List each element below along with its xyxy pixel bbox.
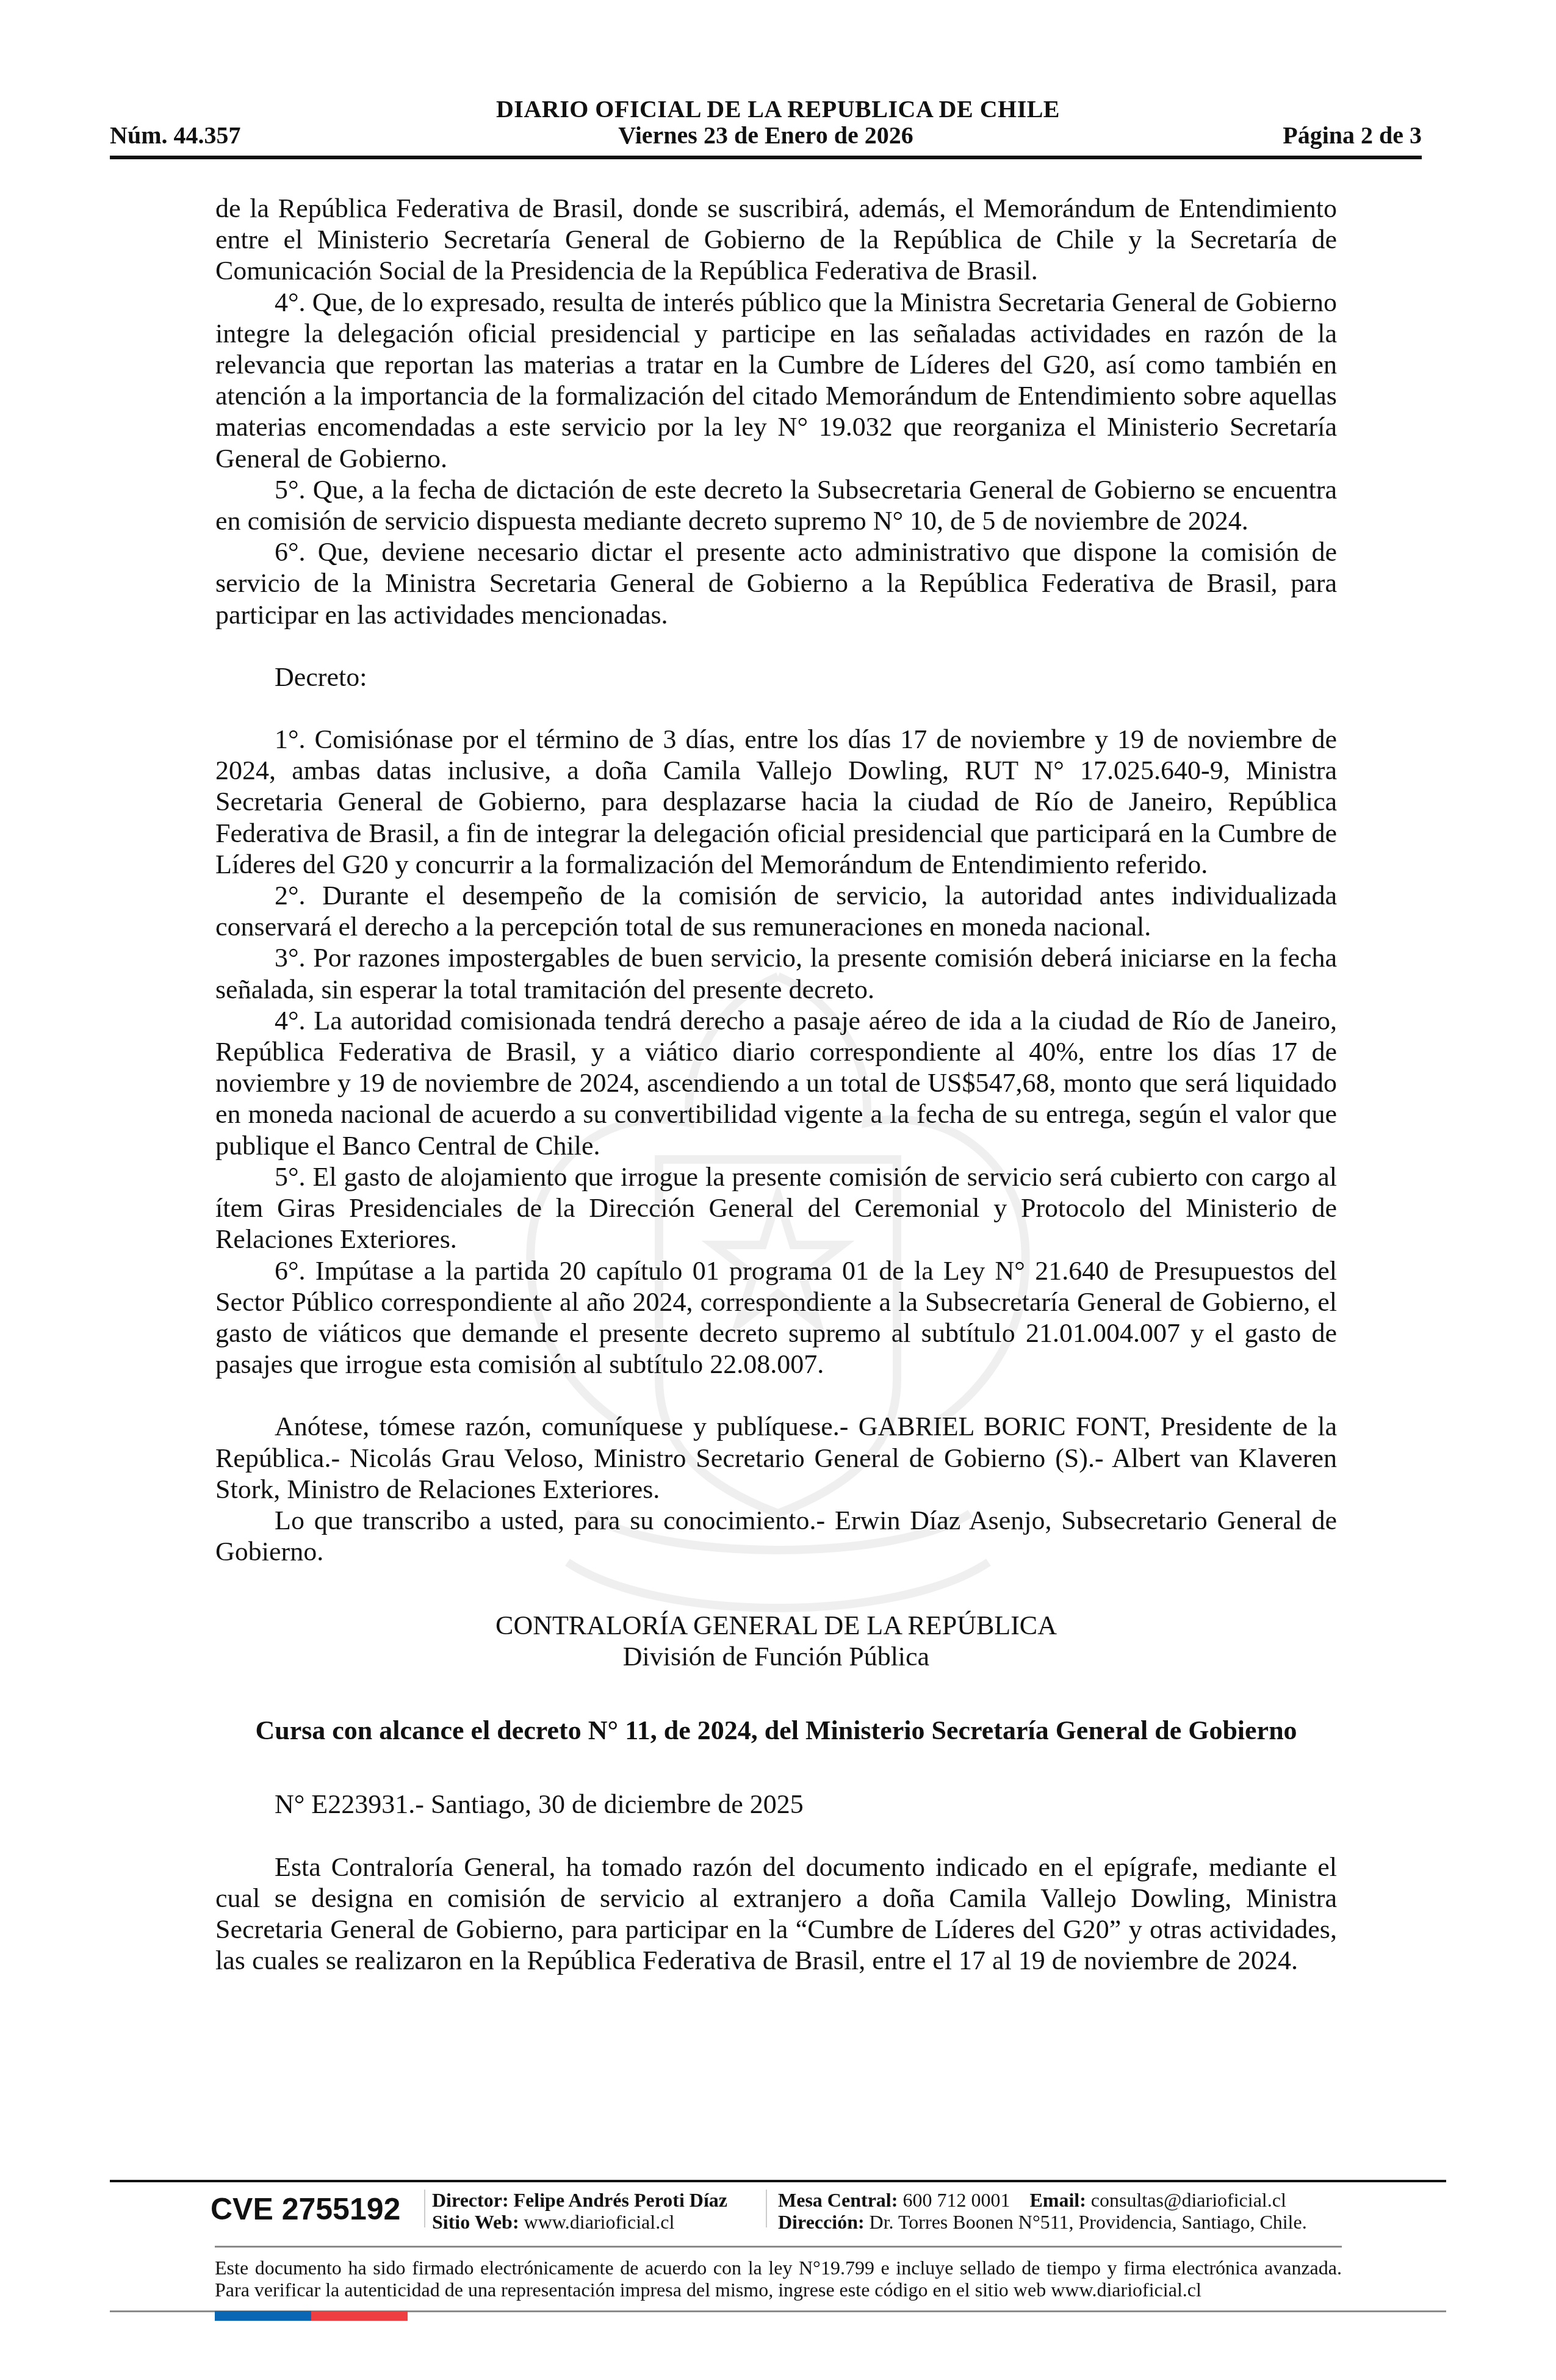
transcription-note: Lo que transcribo a usted, para su conoc… xyxy=(215,1505,1337,1567)
contraloria-division: División de Función Pública xyxy=(215,1641,1337,1672)
director-label: Director: xyxy=(432,2189,509,2211)
footer-divider xyxy=(110,2180,1446,2182)
spacer xyxy=(215,1672,1337,1715)
article-6: 6°. Impútase a la partida 20 capítulo 01… xyxy=(215,1255,1337,1380)
contraloria-body: Esta Contraloría General, ha tomado razó… xyxy=(215,1852,1337,1977)
document-body: de la República Federativa de Brasil, do… xyxy=(215,193,1337,1976)
article-2: 2°. Durante el desempeño de la comisión … xyxy=(215,880,1337,942)
spacer xyxy=(215,1820,1337,1852)
footer-separator xyxy=(766,2190,767,2227)
decreto-label: Decreto: xyxy=(215,662,1337,693)
website-label: Sitio Web: xyxy=(432,2211,519,2233)
phone-label: Mesa Central: xyxy=(778,2189,898,2211)
phone-number: 600 712 0001 xyxy=(902,2189,1010,2211)
article-1: 1°. Comisiónase por el término de 3 días… xyxy=(215,724,1337,880)
issue-date: Viernes 23 de Enero de 2026 xyxy=(110,121,1422,150)
footer-contact-column: Mesa Central: 600 712 0001 Email: consul… xyxy=(778,2189,1307,2233)
footer-divider xyxy=(215,2246,1342,2248)
flag-stripe-blue xyxy=(215,2311,311,2321)
article-3: 3°. Por razones impostergables de buen s… xyxy=(215,942,1337,1004)
header-row: Núm. 44.357 Viernes 23 de Enero de 2026 … xyxy=(110,121,1422,151)
spacer xyxy=(215,1567,1337,1610)
closing-signatures: Anótese, tómese razón, comuníquese y pub… xyxy=(215,1411,1337,1505)
spacer xyxy=(215,630,1337,662)
spacer xyxy=(215,1746,1337,1789)
article-4: 4°. La autoridad comisionada tendrá dere… xyxy=(215,1005,1337,1161)
email-label: Email: xyxy=(1029,2189,1086,2211)
email-link[interactable]: consultas@diarioficial.cl xyxy=(1091,2189,1286,2211)
considerando-4: 4°. Que, de lo expresado, resulta de int… xyxy=(215,287,1337,474)
newspaper-title: DIARIO OFICIAL DE LA REPUBLICA DE CHILE xyxy=(0,95,1556,123)
considerando-5: 5°. Que, a la fecha de dictación de este… xyxy=(215,474,1337,536)
website-link[interactable]: www.diarioficial.cl xyxy=(524,2211,675,2233)
address-text: Dr. Torres Boonen N°511, Providencia, Sa… xyxy=(870,2211,1307,2233)
article-5: 5°. El gasto de alojamiento que irrogue … xyxy=(215,1161,1337,1255)
contraloria-heading: Cursa con alcance el decreto N° 11, de 2… xyxy=(215,1715,1337,1746)
director-name: Felipe Andrés Peroti Díaz xyxy=(514,2189,727,2211)
flag-stripe-red xyxy=(311,2311,408,2321)
cve-code: CVE 2755192 xyxy=(211,2191,400,2227)
signature-legal-note: Este documento ha sido firmado electróni… xyxy=(215,2257,1342,2301)
paragraph-continuation: de la República Federativa de Brasil, do… xyxy=(215,193,1337,287)
spacer xyxy=(215,1380,1337,1411)
contraloria-reference: N° E223931.- Santiago, 30 de diciembre d… xyxy=(215,1789,1337,1820)
considerando-6: 6°. Que, deviene necesario dictar el pre… xyxy=(215,536,1337,630)
page-number: Página 2 de 3 xyxy=(1283,121,1422,150)
address-label: Dirección: xyxy=(778,2211,865,2233)
footer-director-column: Director: Felipe Andrés Peroti Díaz Siti… xyxy=(432,2189,727,2233)
footer-separator xyxy=(424,2190,425,2227)
header-divider xyxy=(110,156,1422,159)
spacer xyxy=(215,693,1337,724)
contraloria-institution: CONTRALORÍA GENERAL DE LA REPÚBLICA xyxy=(215,1610,1337,1641)
